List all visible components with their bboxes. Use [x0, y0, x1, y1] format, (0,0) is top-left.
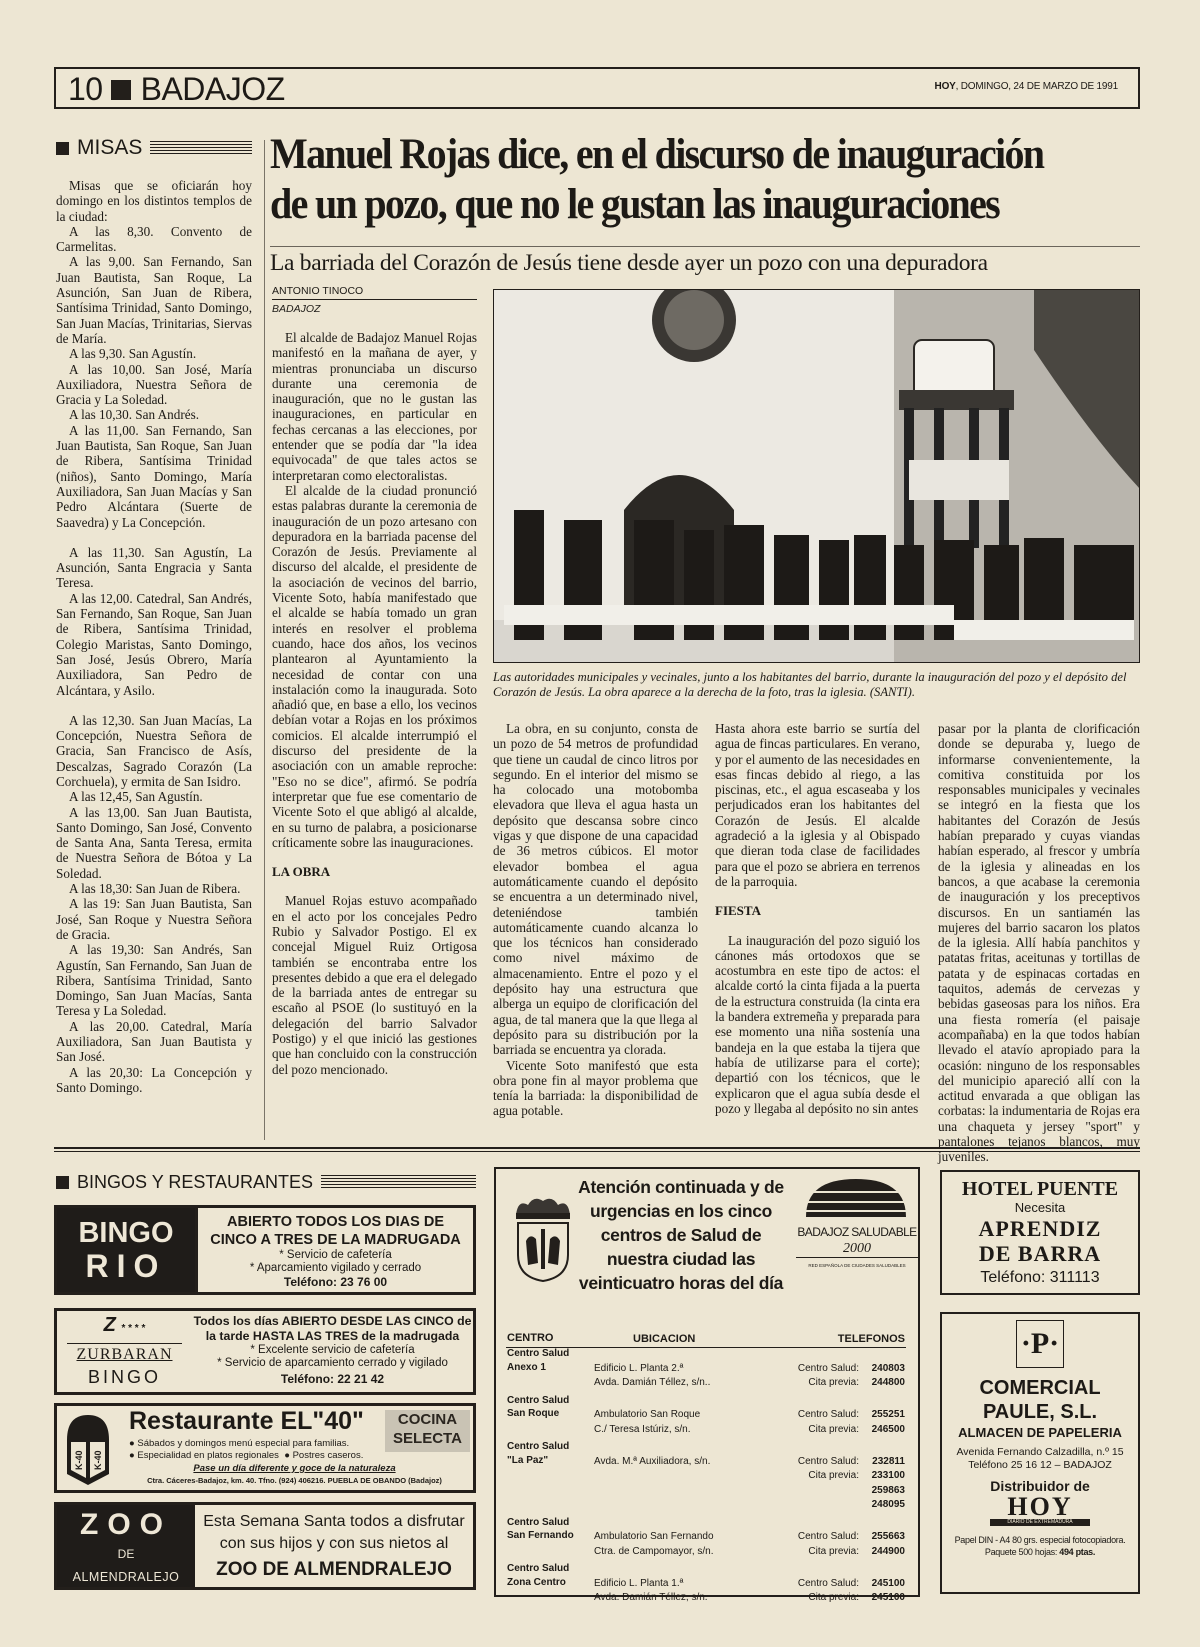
logo-year: 2000	[796, 1241, 918, 1258]
cocina-selecta-badge: COCINA SELECTA	[385, 1410, 470, 1452]
table-row: Centro Salud	[506, 1559, 906, 1577]
ad-centros-de-salud: Atención continuada y de urgencias en lo…	[494, 1167, 920, 1597]
article-photo	[493, 289, 1140, 663]
square-bullet-icon	[56, 1176, 69, 1189]
tel-number-cell: 240803	[860, 1362, 906, 1377]
tel-number-cell: 246500	[860, 1423, 906, 1438]
ad-bullet: Especialidad en platos regionales	[137, 1450, 279, 1461]
misas-paragraph: A las 12,45, San Agustín.	[56, 789, 252, 804]
ad-comercial-paule: ·P· COMERCIAL PAULE, S.L. ALMACEN DE PAP…	[940, 1312, 1140, 1594]
tel-label-cell	[769, 1437, 860, 1455]
centro-cell: Centro Salud	[506, 1513, 593, 1531]
article-column-2: La obra, en su conjunto, consta de un po…	[493, 721, 698, 1119]
tel-number-cell: 244900	[860, 1545, 906, 1560]
tel-number-cell: 245100	[860, 1591, 906, 1606]
bingos-title: BINGOS Y RESTAURANTES	[77, 1170, 313, 1194]
centro-cell: "La Paz"	[506, 1455, 593, 1470]
company-address: Avenida Fernando Calzadilla, n.º 15	[942, 1446, 1138, 1459]
bingos-header: BINGOS Y RESTAURANTES	[56, 1170, 476, 1194]
article-subtitle: LA OBRA	[272, 864, 477, 879]
table-row: Avda. Damián Téllez, s/n.Cita previa:245…	[506, 1591, 906, 1606]
article-column-1: El alcalde de Badajoz Manuel Rojas manif…	[272, 330, 477, 1077]
headline-line: Manuel Rojas dice, en el discurso de ina…	[270, 130, 1070, 180]
k40-road-sign-icon: K-40 K-40	[63, 1412, 113, 1487]
tel-label-cell	[769, 1513, 860, 1531]
table-row: Zona CentroEdificio L. Planta 1.ªCentro …	[506, 1577, 906, 1592]
misas-paragraph: A las 9,30. San Agustín.	[56, 346, 252, 361]
tel-number-cell	[860, 1437, 906, 1455]
centro-cell	[506, 1545, 593, 1560]
company-phone: Teléfono 25 16 12 – BADAJOZ	[942, 1459, 1138, 1472]
logo-text: ALMENDRALEJO	[57, 1570, 195, 1584]
ad-bullet: * Servicio de aparcamiento cerrado y vig…	[192, 1357, 473, 1370]
logo-text: DE	[57, 1547, 195, 1561]
logo-text: ZURBARAN	[57, 1346, 192, 1364]
tel-label-cell	[769, 1391, 860, 1409]
byline: ANTONIO TINOCO BADAJOZ	[272, 285, 477, 315]
article-paragraph: El alcalde de la ciudad pronunció estas …	[272, 483, 477, 850]
ubicacion-cell: Ctra. de Campomayor, s/n.	[593, 1545, 769, 1560]
job-title: DE BARRA	[942, 1241, 1138, 1266]
zurbaran-details: Todos los días ABIERTO DESDE LAS CINCO d…	[192, 1311, 473, 1392]
table-row: Ctra. de Campomayor, s/n.Cita previa:244…	[506, 1545, 906, 1560]
header-rule-lines	[321, 1175, 476, 1189]
salud-headline: Atención continuada y de urgencias en lo…	[576, 1175, 786, 1295]
company-type: ALMACEN DE PAPELERIA	[942, 1424, 1138, 1442]
centro-cell	[506, 1469, 593, 1484]
ad-bullet: * Aparcamiento vigilado y cerrado	[198, 1262, 473, 1275]
badge-text: SELECTA	[385, 1429, 470, 1448]
article-paragraph: El alcalde de Badajoz Manuel Rojas manif…	[272, 330, 477, 483]
section-name: BADAJOZ	[141, 71, 285, 107]
table-row: Centro Salud	[506, 1391, 906, 1409]
ad-phone: Teléfono: 311113	[942, 1266, 1138, 1290]
tel-label-cell: Cita previa:	[769, 1423, 860, 1438]
tel-number-cell	[860, 1513, 906, 1531]
table-row: San FernandoAmbulatorio San FernandoCent…	[506, 1530, 906, 1545]
tel-number-cell: 259863	[860, 1484, 906, 1499]
table-row: C./ Teresa Istúriz, s/n.Cita previa:2465…	[506, 1423, 906, 1438]
ubicacion-cell: Edificio L. Planta 2.ª	[593, 1362, 769, 1377]
section-label: 10BADAJOZ	[68, 69, 285, 109]
misas-paragraph: A las 19,30: San Andrés, San Agustín, Sa…	[56, 942, 252, 1018]
tel-number-cell: 255251	[860, 1408, 906, 1423]
tel-label-cell: Centro Salud:	[769, 1362, 860, 1377]
ubicacion-cell	[593, 1437, 769, 1455]
table-row: Centro Salud	[506, 1437, 906, 1455]
job-title: APRENDIZ	[942, 1216, 1138, 1241]
ubicacion-cell	[593, 1348, 769, 1362]
hotel-name: HOTEL PUENTE	[942, 1178, 1138, 1200]
tel-number-cell: 255663	[860, 1530, 906, 1545]
logo-text: BADAJOZ SALUDABLE	[796, 1225, 918, 1239]
ubicacion-cell	[593, 1391, 769, 1409]
badajoz-saludable-sun-logo-icon	[804, 1177, 908, 1219]
tel-label-cell: Cita previa:	[769, 1591, 860, 1606]
ad-zoo-almendralejo: ZOO DE ALMENDRALEJO Esta Semana Santa to…	[54, 1502, 476, 1590]
photo-caption: Las autoridades municipales y vecinales,…	[493, 670, 1143, 700]
misas-paragraph: A las 10,00. San José, María Auxiliadora…	[56, 362, 252, 408]
ad-text: Necesita	[942, 1200, 1138, 1216]
page-masthead: 10BADAJOZ HOY, DOMINGO, 24 DE MARZO DE 1…	[54, 67, 1140, 109]
column-divider	[264, 140, 265, 1140]
logo-text: RIO	[86, 1249, 167, 1283]
centro-cell: Centro Salud	[506, 1391, 593, 1409]
ad-restaurante-el-40: K-40 K-40 Restaurante EL"40" COCINA SELE…	[54, 1403, 476, 1493]
header-rule-lines	[150, 141, 252, 155]
subhead-divider	[270, 246, 1140, 247]
misas-paragraph: A las 18,30: San Juan de Ribera.	[56, 881, 252, 896]
tel-label-cell: Cita previa:	[769, 1376, 860, 1391]
hoy-logo: HOY	[942, 1495, 1138, 1519]
offer-text: Papel DIN - A4 80 grs. especial fotocopi…	[942, 1534, 1138, 1546]
logo-text: ZOO	[57, 1509, 195, 1541]
company-name: COMERCIAL	[942, 1376, 1138, 1400]
misas-section: MISAS Misas que se oficiarán hoy domingo…	[56, 136, 252, 1095]
paper-name: HOY	[935, 81, 956, 92]
ubicacion-cell: Edificio L. Planta 1.ª	[593, 1577, 769, 1592]
bingo-rio-logo: BINGO RIO	[57, 1208, 195, 1292]
table-row: Cita previa:233100	[506, 1469, 906, 1484]
ad-bingo-rio: BINGO RIO ABIERTO TODOS LOS DIAS DE CINC…	[54, 1205, 476, 1295]
misas-title: MISAS	[77, 136, 142, 160]
tel-number-cell: 245100	[860, 1577, 906, 1592]
centro-cell: Centro Salud	[506, 1559, 593, 1577]
restaurant-address: Ctra. Cáceres-Badajoz, km. 40. Tfno. (92…	[117, 1476, 472, 1485]
misas-paragraph: A las 19: San Juan Bautista, San José, S…	[56, 896, 252, 942]
ad-bullet: * Servicio de cafetería	[198, 1249, 473, 1262]
centro-cell	[506, 1591, 593, 1606]
article-headline: Manuel Rojas dice, en el discurso de ina…	[270, 130, 1070, 230]
paule-monogram-icon: ·P·	[1016, 1320, 1064, 1368]
misas-paragraph: A las 9,00. San Fernando, San Juan Bauti…	[56, 254, 252, 346]
misas-paragraph: Misas que se oficiarán hoy domingo en lo…	[56, 178, 252, 224]
centro-cell: San Fernando	[506, 1530, 593, 1545]
centro-cell: Centro Salud	[506, 1437, 593, 1455]
tel-label-cell: Cita previa:	[769, 1545, 860, 1560]
ubicacion-cell	[593, 1513, 769, 1531]
badge-text: COCINA	[385, 1410, 470, 1429]
price-label: Paquete 500 hojas:	[985, 1547, 1057, 1557]
zoo-details: Esta Semana Santa todos a disfrutar con …	[195, 1505, 473, 1587]
tel-number-cell: 233100	[860, 1469, 906, 1484]
ad-text: ZOO DE ALMENDRALEJO	[195, 1555, 473, 1585]
logo-subtitle: RED ESPAÑOLA DE CIUDADES SALUDABLES	[796, 1263, 918, 1268]
centro-cell	[506, 1376, 593, 1391]
zurbaran-logo: Z * * * * ZURBARAN BINGO	[57, 1311, 192, 1392]
article-paragraph: Manuel Rojas estuvo acompañado en el act…	[272, 893, 477, 1077]
ubicacion-cell	[593, 1469, 769, 1484]
zurbaran-z-mark-icon: Z	[104, 1314, 116, 1336]
article-paragraph: La obra, en su conjunto, consta de un po…	[493, 721, 698, 1058]
tel-number-cell: 244800	[860, 1376, 906, 1391]
salud-table: CENTRO UBICACION TELEFONOS Centro SaludA…	[506, 1331, 906, 1606]
ubicacion-cell: Avda. M.ª Auxiliadora, s/n.	[593, 1455, 769, 1470]
square-bullet-icon	[56, 142, 69, 155]
misas-header: MISAS	[56, 136, 252, 160]
logo-text: BINGO	[78, 1217, 173, 1249]
table-row: San RoqueAmbulatorio San RoqueCentro Sal…	[506, 1408, 906, 1423]
hoy-logo-subtitle: DIARIO DE EXTREMADURA	[990, 1519, 1090, 1526]
table-row: Centro Salud	[506, 1348, 906, 1362]
restaurant-slogan: Pase un día diferente y goce de la natur…	[117, 1463, 472, 1474]
misas-paragraph: A las 8,30. Convento de Carmelitas.	[56, 224, 252, 255]
issue-date: HOY, DOMINGO, 24 DE MARZO DE 1991	[935, 81, 1118, 92]
price-value: 494 ptas.	[1059, 1547, 1095, 1557]
tel-label-cell: Centro Salud:	[769, 1530, 860, 1545]
badajoz-coat-of-arms-icon	[508, 1193, 578, 1283]
misas-body: Misas que se oficiarán hoy domingo en lo…	[56, 178, 252, 1095]
tel-label-cell: Centro Salud:	[769, 1577, 860, 1592]
tel-number-cell	[860, 1559, 906, 1577]
ad-bullet: * Excelente servicio de cafetería	[192, 1344, 473, 1357]
ad-hotel-puente: HOTEL PUENTE Necesita APRENDIZ DE BARRA …	[940, 1170, 1140, 1295]
col-header: TELEFONOS	[769, 1331, 906, 1348]
centro-cell	[506, 1484, 593, 1499]
ubicacion-cell	[593, 1484, 769, 1499]
misas-paragraph: A las 20,00. Catedral, María Auxiliadora…	[56, 1019, 252, 1065]
tel-label-cell	[769, 1484, 860, 1499]
page-number: 10	[68, 71, 103, 107]
table-row: Avda. Damián Téllez, s/n..Cita previa:24…	[506, 1376, 906, 1391]
col-header: CENTRO	[506, 1331, 593, 1348]
misas-paragraph: A las 20,30: La Concepción y Santo Domin…	[56, 1065, 252, 1096]
stars-rating: * * * *	[121, 1323, 145, 1334]
misas-paragraph: A las 12,00. Catedral, San Andrés, San F…	[56, 591, 252, 698]
tel-label-cell: Centro Salud:	[769, 1455, 860, 1470]
tel-label-cell	[769, 1498, 860, 1513]
table-row: Anexo 1Edificio L. Planta 2.ªCentro Salu…	[506, 1362, 906, 1377]
zoo-logo: ZOO DE ALMENDRALEJO	[57, 1505, 195, 1587]
misas-paragraph: A las 11,30. San Agustín, La Asunción, S…	[56, 545, 252, 591]
restaurant-features: ● Sábados y domingos menú especial para …	[129, 1438, 363, 1462]
svg-text:K-40: K-40	[93, 1450, 103, 1470]
ubicacion-cell: Avda. Damián Téllez, s/n.	[593, 1591, 769, 1606]
tel-label-cell: Cita previa:	[769, 1469, 860, 1484]
ad-headline: ABIERTO TODOS LOS DIAS DE CINCO A TRES D…	[198, 1213, 473, 1249]
misas-paragraph: A las 11,00. San Fernando, San Juan Baut…	[56, 423, 252, 530]
dateline-location: BADAJOZ	[272, 300, 477, 315]
centro-cell: Centro Salud	[506, 1348, 593, 1362]
ubicacion-cell	[593, 1559, 769, 1577]
article-subhead: La barriada del Corazón de Jesús tiene d…	[270, 250, 988, 277]
table-row: Centro Salud	[506, 1513, 906, 1531]
ad-phone: Teléfono: 22 21 42	[192, 1370, 473, 1388]
logo-text: BINGO	[57, 1367, 192, 1388]
misas-paragraph: A las 12,30. San Juan Macías, La Concepc…	[56, 713, 252, 789]
ubicacion-cell: Ambulatorio San Fernando	[593, 1530, 769, 1545]
ubicacion-cell: Avda. Damián Téllez, s/n..	[593, 1376, 769, 1391]
tel-number-cell	[860, 1391, 906, 1409]
table-row: "La Paz"Avda. M.ª Auxiliadora, s/n.Centr…	[506, 1455, 906, 1470]
centro-cell	[506, 1498, 593, 1513]
tel-number-cell: 232811	[860, 1455, 906, 1470]
table-row: 259863	[506, 1484, 906, 1499]
col-header: UBICACION	[593, 1331, 769, 1348]
tel-label-cell: Centro Salud:	[769, 1408, 860, 1423]
centro-cell: San Roque	[506, 1408, 593, 1423]
ad-bullet: Sábados y domingos menú especial para fa…	[137, 1438, 349, 1449]
misas-paragraph: A las 13,00. San Juan Bautista, Santo Do…	[56, 805, 252, 881]
ubicacion-cell: C./ Teresa Istúriz, s/n.	[593, 1423, 769, 1438]
tel-label-cell	[769, 1559, 860, 1577]
ad-phone: Teléfono: 23 76 00	[198, 1275, 473, 1289]
ad-bullet: Postres caseros.	[293, 1450, 364, 1461]
article-paragraph: Hasta ahora este barrio se surtía del ag…	[715, 721, 920, 889]
article-paragraph: La inauguración del pozo siguió los cáno…	[715, 933, 920, 1117]
article-paragraph: Vicente Soto manifestó que esta obra pon…	[493, 1058, 698, 1119]
headline-line: de un pozo, que no le gustan las inaugur…	[270, 180, 1070, 230]
photo-ceremony-image	[494, 290, 1140, 663]
centro-cell: Zona Centro	[506, 1577, 593, 1592]
square-bullet-icon	[111, 80, 131, 100]
centro-cell	[506, 1423, 593, 1438]
section-divider	[54, 1147, 1140, 1152]
article-paragraph: pasar por la planta de clorificación don…	[938, 721, 1140, 1165]
ad-text: Esta Semana Santa todos a disfrutar	[195, 1511, 473, 1533]
svg-text:K-40: K-40	[74, 1450, 84, 1470]
table-row: 248095	[506, 1498, 906, 1513]
ubicacion-cell: Ambulatorio San Roque	[593, 1408, 769, 1423]
ad-text: con sus hijos y con sus nietos al	[195, 1533, 473, 1555]
article-column-4: pasar por la planta de clorificación don…	[938, 721, 1140, 1165]
ad-headline: Todos los días ABIERTO DESDE LAS CINCO d…	[192, 1314, 473, 1344]
ubicacion-cell	[593, 1498, 769, 1513]
tel-number-cell: 248095	[860, 1498, 906, 1513]
article-column-3: Hasta ahora este barrio se surtía del ag…	[715, 721, 920, 1116]
date-text: , DOMINGO, 24 DE MARZO DE 1991	[956, 81, 1118, 92]
company-name: PAULE, S.L.	[942, 1400, 1138, 1424]
centro-cell: Anexo 1	[506, 1362, 593, 1377]
tel-label-cell	[769, 1348, 860, 1362]
article-subtitle: FIESTA	[715, 903, 920, 918]
bingo-rio-details: ABIERTO TODOS LOS DIAS DE CINCO A TRES D…	[195, 1208, 473, 1292]
tel-number-cell	[860, 1348, 906, 1362]
ad-zurbaran-bingo: Z * * * * ZURBARAN BINGO Todos los días …	[54, 1308, 476, 1395]
misas-paragraph: A las 10,30. San Andrés.	[56, 407, 252, 422]
author-name: ANTONIO TINOCO	[272, 285, 477, 300]
restaurant-name: Restaurante EL"40"	[129, 1406, 364, 1436]
